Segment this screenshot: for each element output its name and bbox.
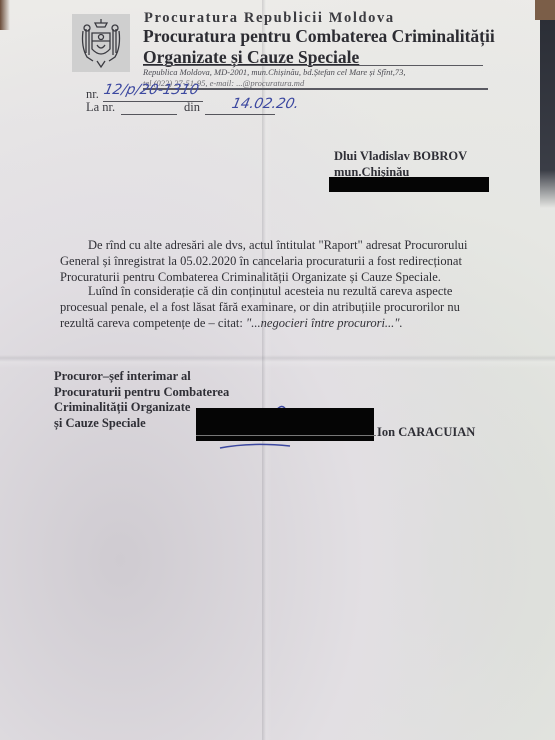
- ref-number-underline: [121, 114, 177, 115]
- date-value: 14.02.20.: [230, 96, 300, 112]
- signatory-title-line2: Procuraturii pentru Combaterea: [54, 385, 229, 401]
- background-surface-top-left: [0, 0, 10, 30]
- institution-name-sub-line1: Procuratura pentru Combaterea Criminalit…: [143, 26, 495, 47]
- addressee-name: Dlui Vladislav BOBROV: [334, 148, 467, 164]
- coat-of-arms-graphic: [77, 17, 125, 69]
- background-surface-top-right: [535, 0, 555, 20]
- ref-number-label: La nr.: [86, 100, 115, 115]
- date-label: din: [184, 100, 200, 115]
- institution-name-main: Procuratura Republicii Moldova: [144, 10, 395, 27]
- body-paragraph-1-text: De rînd cu alte adresări ale dvs, actul …: [60, 238, 468, 284]
- redacted-signature: [196, 408, 374, 441]
- reg-number-value: 12/p/20-1310: [102, 82, 200, 98]
- signer-name: Ion CARACUIAN: [377, 425, 475, 440]
- header-divider: [143, 65, 483, 66]
- redacted-address: [329, 177, 489, 192]
- background-surface: [540, 18, 555, 208]
- body-paragraph-2: Luînd în considerație că din conținutul …: [60, 283, 480, 331]
- moldova-coat-of-arms-icon: [72, 14, 130, 72]
- institution-address: Republica Moldova, MD-2001, mun.Chișinău…: [143, 67, 405, 77]
- signature-line: [196, 435, 376, 436]
- signatory-title-line1: Procuror–șef interimar al: [54, 369, 229, 385]
- addressee-block: Dlui Vladislav BOBROV mun.Chișinău: [334, 148, 467, 180]
- date-underline: [205, 114, 275, 115]
- body-paragraph-1: De rînd cu alte adresări ale dvs, actul …: [60, 237, 480, 285]
- body-quote: "...negocieri între procurori...".: [246, 316, 403, 330]
